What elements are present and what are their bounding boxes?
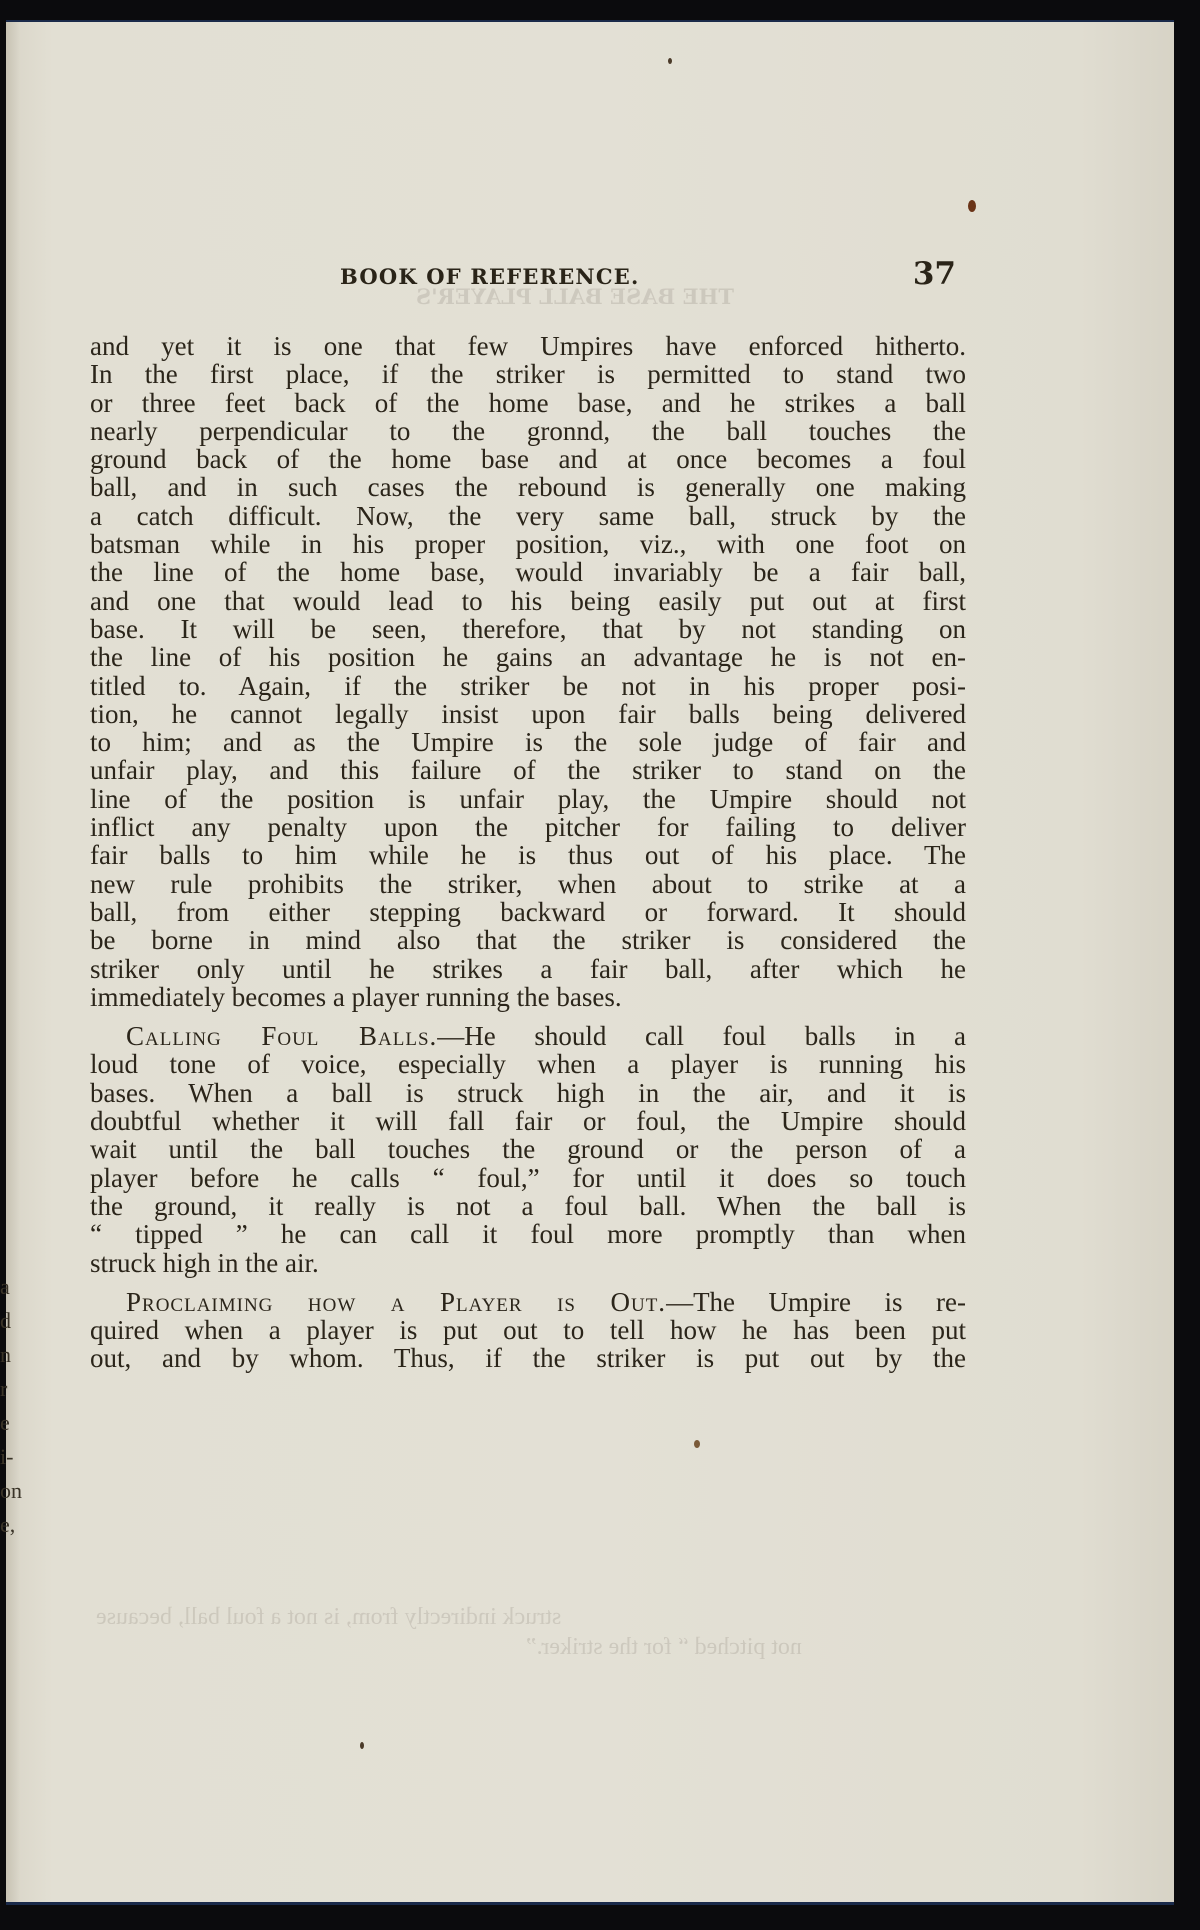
foxing-spot [968, 200, 976, 212]
facing-page-edge: a d n r e i- on e, [0, 1270, 14, 1542]
text-line: immediately becomes a player running the… [90, 983, 966, 1011]
heading-continuation: —He should call foul balls in a [437, 1021, 966, 1051]
body-text: and yet it is one that few Umpires have … [90, 332, 966, 1373]
text-line: quired when a player is put out to tell … [90, 1316, 966, 1344]
text-line: doubtful whether it will fall fair or fo… [90, 1107, 966, 1135]
text-line: the line of the home base, would invaria… [90, 558, 966, 586]
paragraph-batting-position: and yet it is one that few Umpires have … [90, 332, 966, 1011]
text-line: ball, from either stepping backward or f… [90, 898, 966, 926]
edge-char: e [0, 1406, 14, 1440]
text-line: and one that would lead to his being eas… [90, 587, 966, 615]
text-line: In the first place, if the striker is pe… [90, 360, 966, 388]
text-line: “ tipped ” he can call it foul more prom… [90, 1220, 966, 1248]
spine-shadow [6, 22, 20, 1902]
text-line: unfair play, and this failure of the str… [90, 756, 966, 784]
text-line: new rule prohibits the striker, when abo… [90, 870, 966, 898]
page-number: 37 [913, 256, 956, 292]
edge-char: a [0, 1270, 14, 1304]
bleed-through-line: struck indirectly from, is not a foul ba… [96, 1604, 561, 1631]
paragraph-calling-foul-balls: Calling Foul Balls.—He should call foul … [90, 1022, 966, 1277]
text-line: line of the position is unfair play, the… [90, 785, 966, 813]
text-line: be borne in mind also that the striker i… [90, 926, 966, 954]
text-line: player before he calls “ foul,” for unti… [90, 1164, 966, 1192]
section-heading: Calling Foul Balls. [126, 1021, 437, 1051]
text-line: fair balls to him while he is thus out o… [90, 841, 966, 869]
running-header: BOOK OF REFERENCE. 37 [336, 258, 956, 294]
heading-continuation: —The Umpire is re- [666, 1287, 966, 1317]
text-line: and yet it is one that few Umpires have … [90, 332, 966, 360]
book-page: THE BASE BALL PLAYER'S struck indirectly… [6, 20, 1174, 1905]
edge-char: r [0, 1372, 14, 1406]
text-line: batsman while in his proper position, vi… [90, 530, 966, 558]
text-line: loud tone of voice, especially when a pl… [90, 1050, 966, 1078]
edge-char: d [0, 1304, 14, 1338]
bleed-through-line: not pitched “ for the striker.” [526, 1634, 802, 1661]
text-line: Proclaiming how a Player is Out.—The Ump… [90, 1288, 966, 1316]
section-heading: Proclaiming how a Player is Out. [126, 1287, 666, 1317]
text-line: to him; and as the Umpire is the sole ju… [90, 728, 966, 756]
text-line: ball, and in such cases the rebound is g… [90, 473, 966, 501]
edge-char: n [0, 1338, 14, 1372]
foxing-spot [694, 1440, 700, 1448]
text-line: wait until the ball touches the ground o… [90, 1135, 966, 1163]
text-line: the line of his position he gains an adv… [90, 643, 966, 671]
text-line: ground back of the home base and at once… [90, 445, 966, 473]
text-line: a catch difficult. Now, the very same ba… [90, 502, 966, 530]
paragraph-proclaiming-out: Proclaiming how a Player is Out.—The Ump… [90, 1288, 966, 1373]
text-line: striker only until he strikes a fair bal… [90, 955, 966, 983]
text-line: titled to. Again, if the striker be not … [90, 672, 966, 700]
edge-char: on [0, 1474, 14, 1508]
paper-speck [360, 1742, 364, 1749]
text-line: struck high in the air. [90, 1249, 966, 1277]
text-line: nearly perpendicular to the gronnd, the … [90, 417, 966, 445]
text-line: base. It will be seen, therefore, that b… [90, 615, 966, 643]
edge-char: e, [0, 1508, 14, 1542]
text-line: Calling Foul Balls.—He should call foul … [90, 1022, 966, 1050]
text-line: or three feet back of the home base, and… [90, 389, 966, 417]
text-line: out, and by whom. Thus, if the striker i… [90, 1344, 966, 1372]
text-line: inflict any penalty upon the pitcher for… [90, 813, 966, 841]
text-line: the ground, it really is not a foul ball… [90, 1192, 966, 1220]
running-head-title: BOOK OF REFERENCE. [340, 264, 639, 289]
paper-speck [668, 58, 672, 64]
text-line: tion, he cannot legally insist upon fair… [90, 700, 966, 728]
text-line: bases. When a ball is struck high in the… [90, 1079, 966, 1107]
edge-char: i- [0, 1440, 14, 1474]
